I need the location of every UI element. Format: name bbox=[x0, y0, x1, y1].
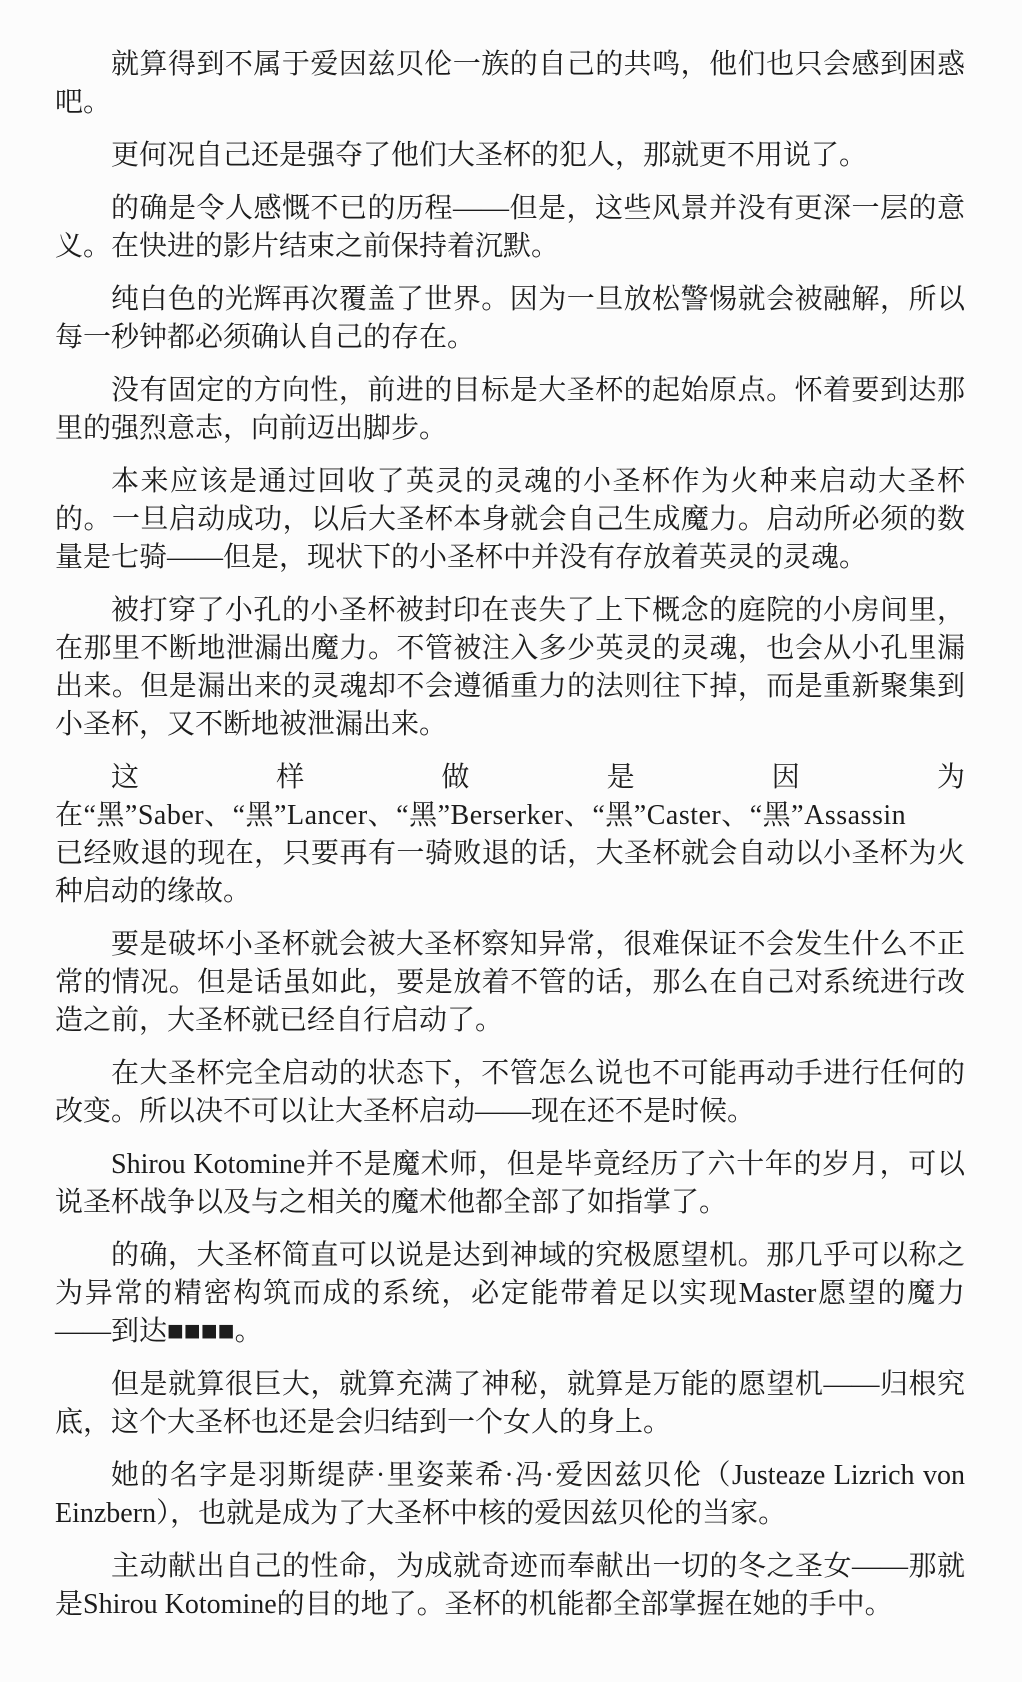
novel-paragraph: 本来应该是通过回收了英灵的灵魂的小圣杯作为火种来启动大圣杯的。一旦启动成功，以后… bbox=[55, 463, 965, 577]
novel-paragraph: Shirou Kotomine并不是魔术师，但是毕竟经历了六十年的岁月，可以说圣… bbox=[55, 1146, 965, 1222]
novel-paragraph-servant-list: 这样做是因为 在“黑”Saber、“黑”Lancer、“黑”Berserker、… bbox=[55, 759, 965, 911]
novel-paragraph: 要是破坏小圣杯就会被大圣杯察知异常，很难保证不会发生什么不正常的情况。但是话虽如… bbox=[55, 926, 965, 1040]
novel-paragraph: 就算得到不属于爱因兹贝伦一族的自己的共鸣，他们也只会感到困惑吧。 bbox=[55, 46, 965, 122]
servant-list-overflow-line: 在“黑”Saber、“黑”Lancer、“黑”Berserker、“黑”Cast… bbox=[55, 797, 965, 835]
novel-paragraph: 没有固定的方向性，前进的目标是大圣杯的起始原点。怀着要到达那里的强烈意志，向前迈… bbox=[55, 372, 965, 448]
novel-paragraph: 更何况自己还是强夺了他们大圣杯的犯人，那就更不用说了。 bbox=[55, 137, 965, 175]
stretched-justified-line: 这样做是因为 bbox=[55, 759, 965, 797]
novel-paragraph: 她的名字是羽斯缇萨·里姿莱希·冯·爱因兹贝伦（Justeaze Lizrich … bbox=[55, 1457, 965, 1533]
novel-page: 就算得到不属于爱因兹贝伦一族的自己的共鸣，他们也只会感到困惑吧。 更何况自己还是… bbox=[0, 0, 1022, 1682]
novel-paragraph: 被打穿了小孔的小圣杯被封印在丧失了上下概念的庭院的小房间里，在那里不断地泄漏出魔… bbox=[55, 592, 965, 744]
novel-paragraph: 但是就算很巨大，就算充满了神秘，就算是万能的愿望机——归根究底，这个大圣杯也还是… bbox=[55, 1366, 965, 1442]
novel-paragraph: 主动献出自己的性命，为成就奇迹而奉献出一切的冬之圣女——那就是Shirou Ko… bbox=[55, 1548, 965, 1624]
novel-paragraph: 的确，大圣杯简直可以说是达到神域的究极愿望机。那几乎可以称之为异常的精密构筑而成… bbox=[55, 1237, 965, 1351]
novel-paragraph: 在大圣杯完全启动的状态下，不管怎么说也不可能再动手进行任何的改变。所以决不可以让… bbox=[55, 1055, 965, 1131]
continuation-text: 已经败退的现在，只要再有一骑败退的话，大圣杯就会自动以小圣杯为火种启动的缘故。 bbox=[55, 835, 965, 911]
novel-paragraph: 纯白色的光辉再次覆盖了世界。因为一旦放松警惕就会被融解，所以每一秒钟都必须确认自… bbox=[55, 281, 965, 357]
novel-paragraph: 的确是令人感慨不已的历程——但是，这些风景并没有更深一层的意义。在快进的影片结束… bbox=[55, 190, 965, 266]
